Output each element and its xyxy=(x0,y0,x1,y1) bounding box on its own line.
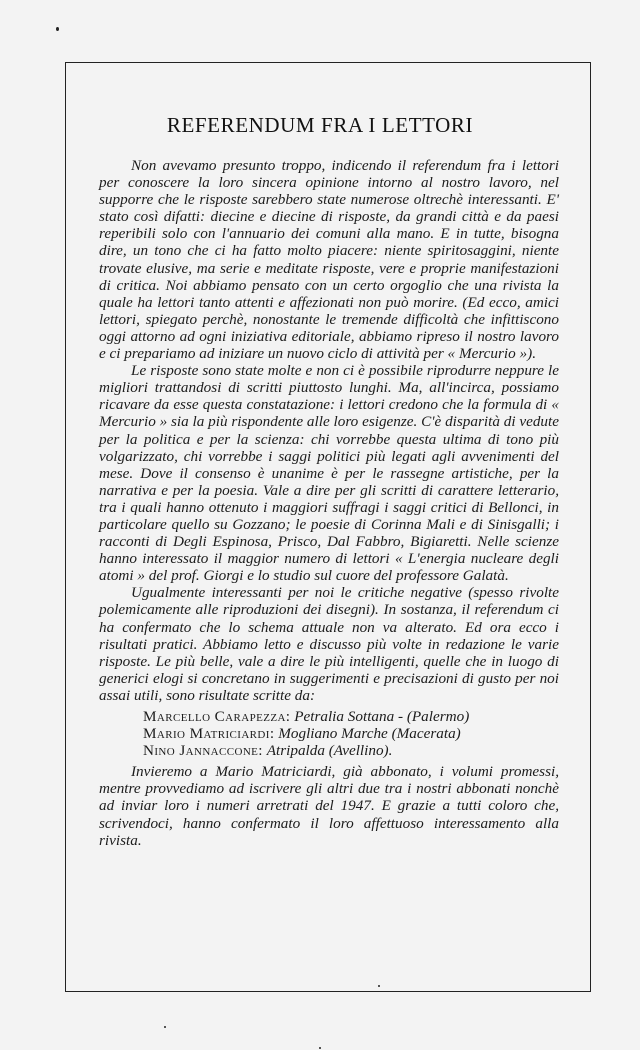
scan-speck xyxy=(56,27,59,31)
winner-place: Mogliano Marche (Macerata) xyxy=(278,725,460,742)
winners-list: Marcello Carapezza: Petralia Sottana - (… xyxy=(143,708,559,759)
article-body: Non avevamo presunto troppo, indicendo i… xyxy=(99,157,559,849)
paragraph: Ugualmente interessanti per noi le criti… xyxy=(99,584,559,704)
winner-place: Petralia Sottana - (Palermo) xyxy=(294,708,469,725)
winner-entry: Marcello Carapezza: Petralia Sottana - (… xyxy=(143,708,559,725)
winner-place: Atripalda (Avellino). xyxy=(267,742,393,759)
paragraph: Non avevamo presunto troppo, indicendo i… xyxy=(99,157,559,362)
paragraph: Le risposte sono state molte e non ci è … xyxy=(99,362,559,584)
scan-speck xyxy=(164,1026,166,1028)
winner-entry: Nino Jannaccone: Atripalda (Avellino). xyxy=(143,742,559,759)
closing-paragraph: Invieremo a Mario Matriciardi, già abbon… xyxy=(99,763,559,848)
winner-name: Nino Jannaccone xyxy=(143,742,258,759)
article-title: REFERENDUM FRA I LETTORI xyxy=(0,113,640,138)
scan-speck xyxy=(319,1047,321,1049)
winner-name: Mario Matriciardi xyxy=(143,725,270,742)
winner-name: Marcello Carapezza xyxy=(143,708,286,725)
winner-entry: Mario Matriciardi: Mogliano Marche (Mace… xyxy=(143,725,559,742)
